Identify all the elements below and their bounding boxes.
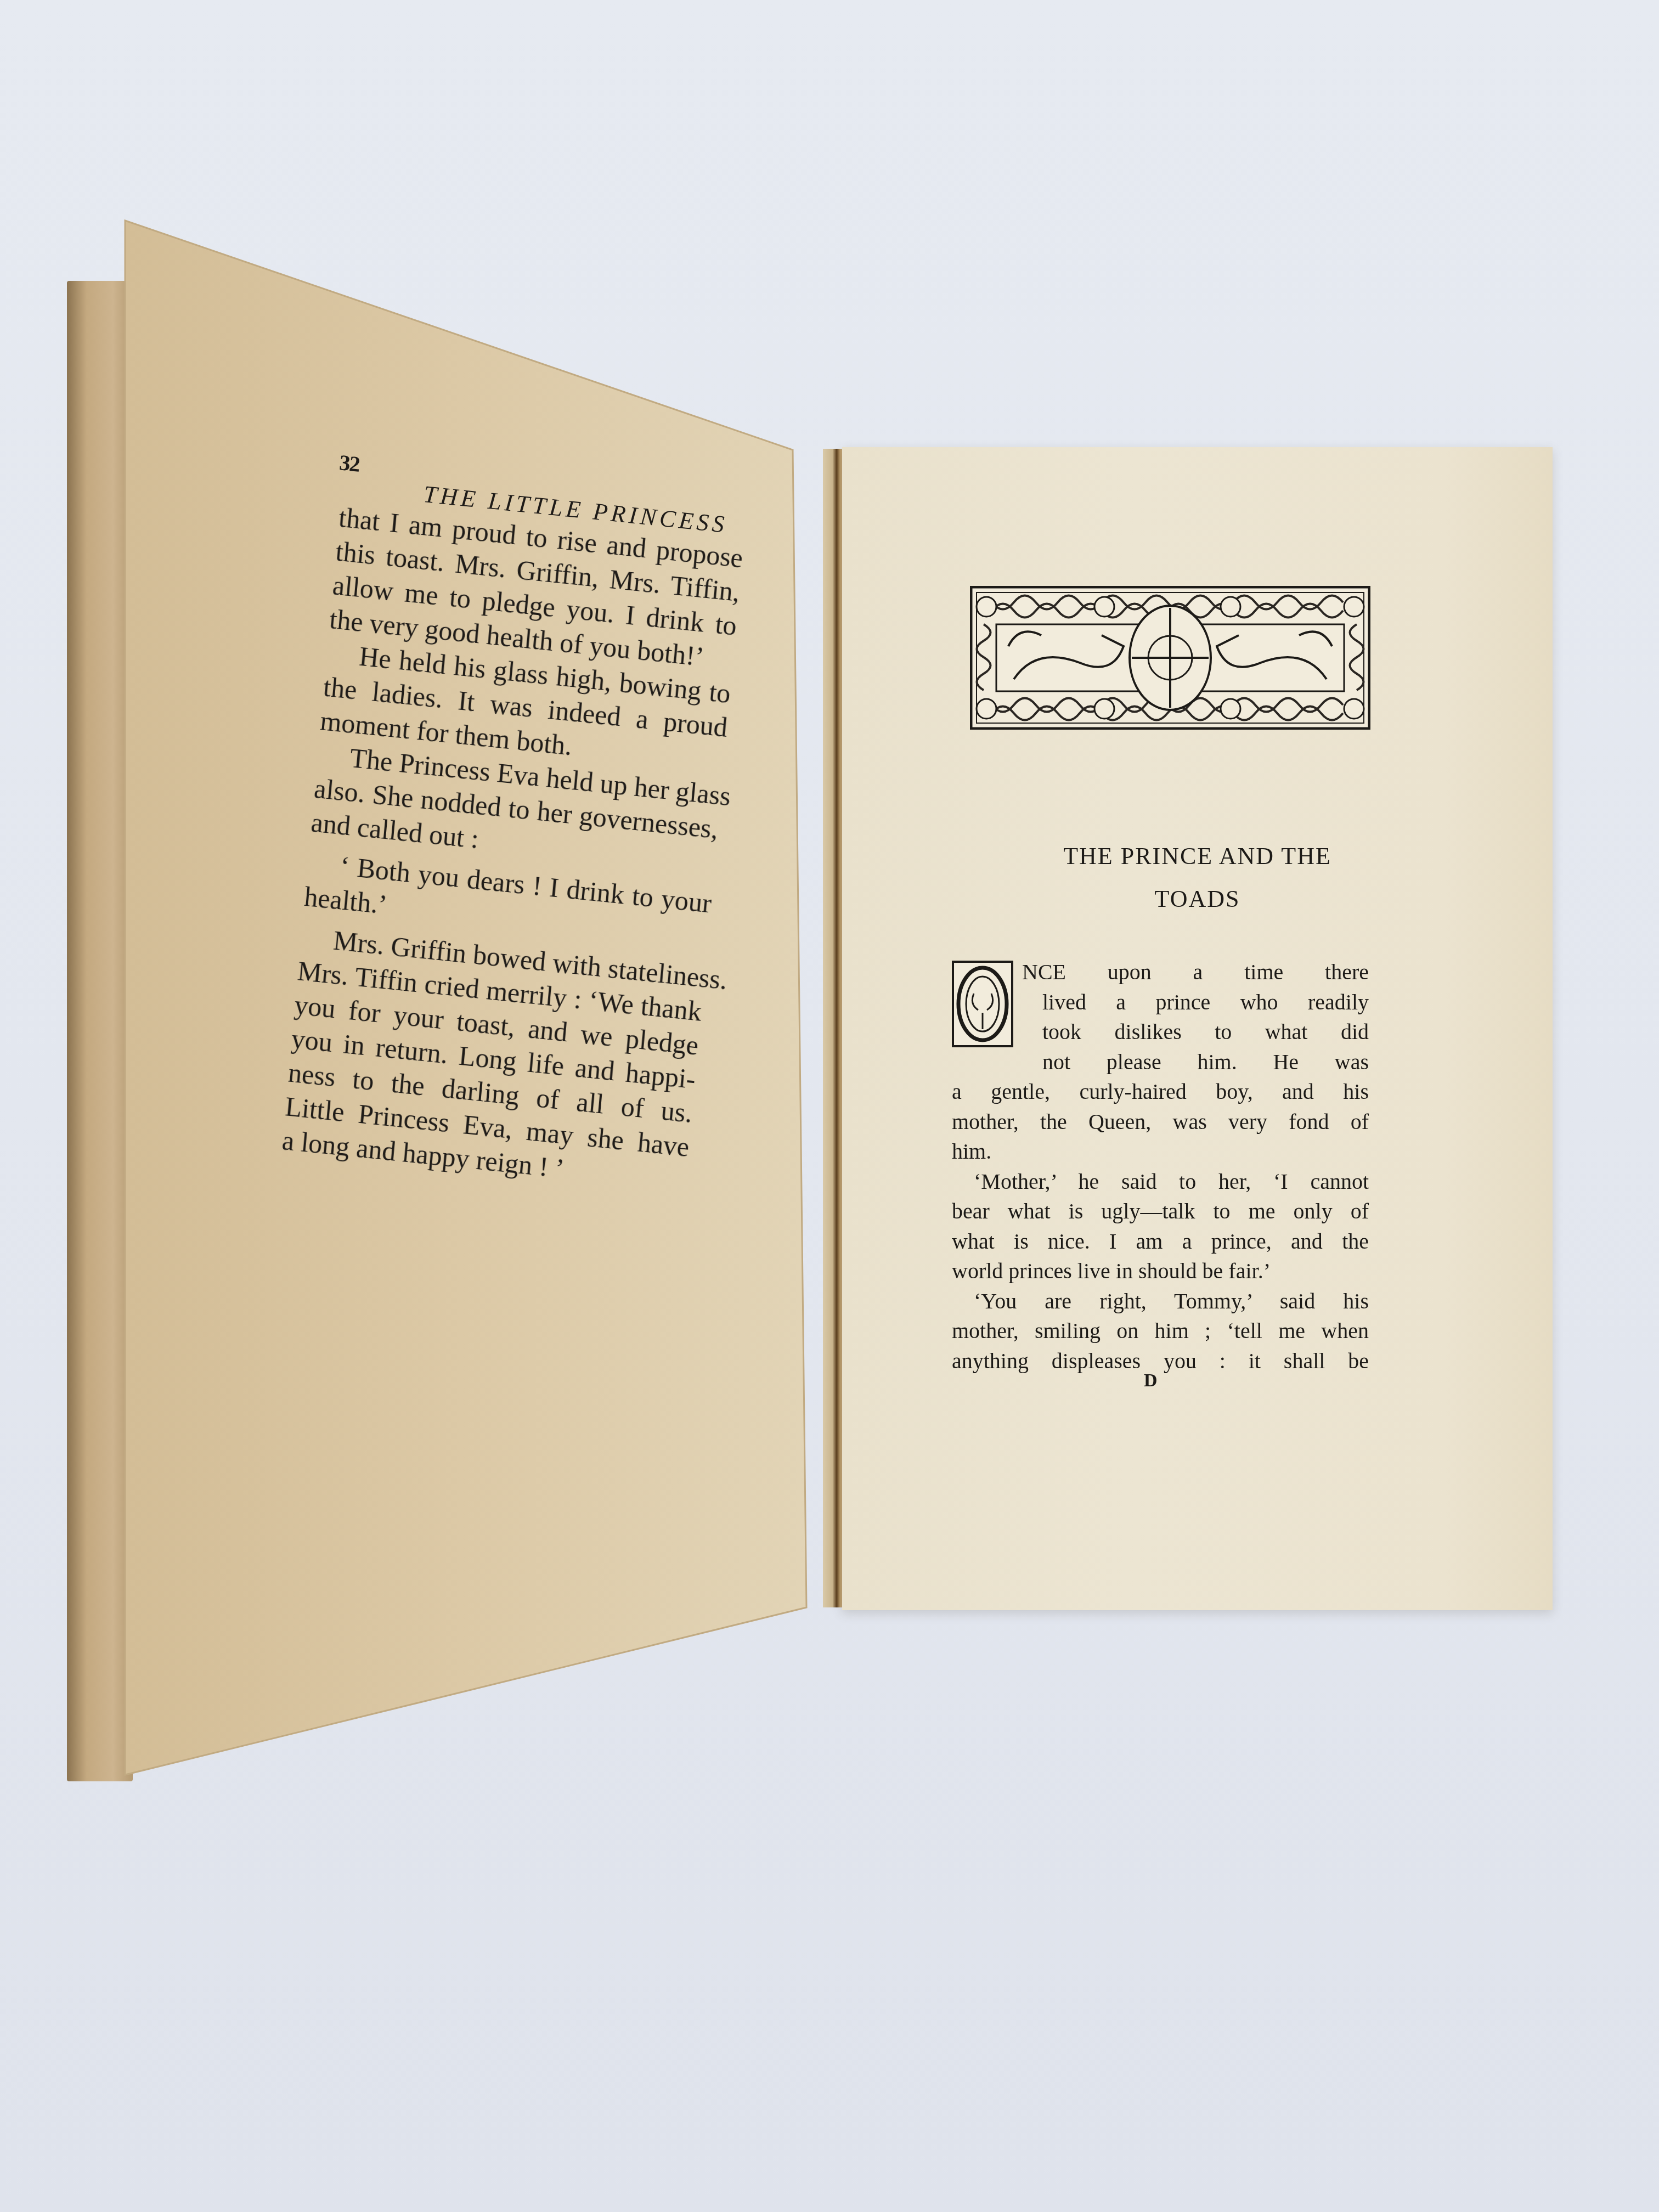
left-page-body: that I am proud to rise and propose this… [281,500,744,1198]
paragraph: Mrs. Griffin bowed with stateliness. Mrs… [281,920,707,1198]
text-line: anything displeases you : it shall be [952,1346,1369,1376]
text-line: a gentle, curly-haired boy, and his [952,1077,1369,1107]
text-line: lived a prince who readily [952,988,1369,1018]
drop-cap-o-icon [952,961,1013,1047]
right-page-body: NCE upon a time there lived a prince who… [952,957,1369,1376]
celtic-ornament-headpiece-icon [970,586,1370,730]
text-line: him. [952,1137,1369,1167]
text-line: ‘Mother,’ he said to her, ‘I cannot [952,1167,1369,1197]
text-line: mother, the Queen, was very fond of [952,1107,1369,1137]
text-line: not please him. He was [952,1047,1369,1077]
text-line: NCE upon a time there [952,957,1369,988]
text-line: took dislikes to what did [952,1017,1369,1047]
signature-mark: D [1144,1370,1158,1391]
text-line: bear what is ugly—talk to me only of [952,1197,1369,1227]
chapter-title-line-1: THE PRINCE AND THE [842,842,1553,870]
chapter-title-line-2: TOADS [842,885,1553,913]
text-line: what is nice. I am a prince, and the [952,1227,1369,1257]
text-line: ‘You are right, Tommy,’ said his [952,1286,1369,1317]
page-number: 32 [338,449,360,477]
text-line: mother, smiling on him ; ‘tell me when [952,1316,1369,1346]
text-line: world princes live in should be fair.’ [952,1256,1369,1286]
